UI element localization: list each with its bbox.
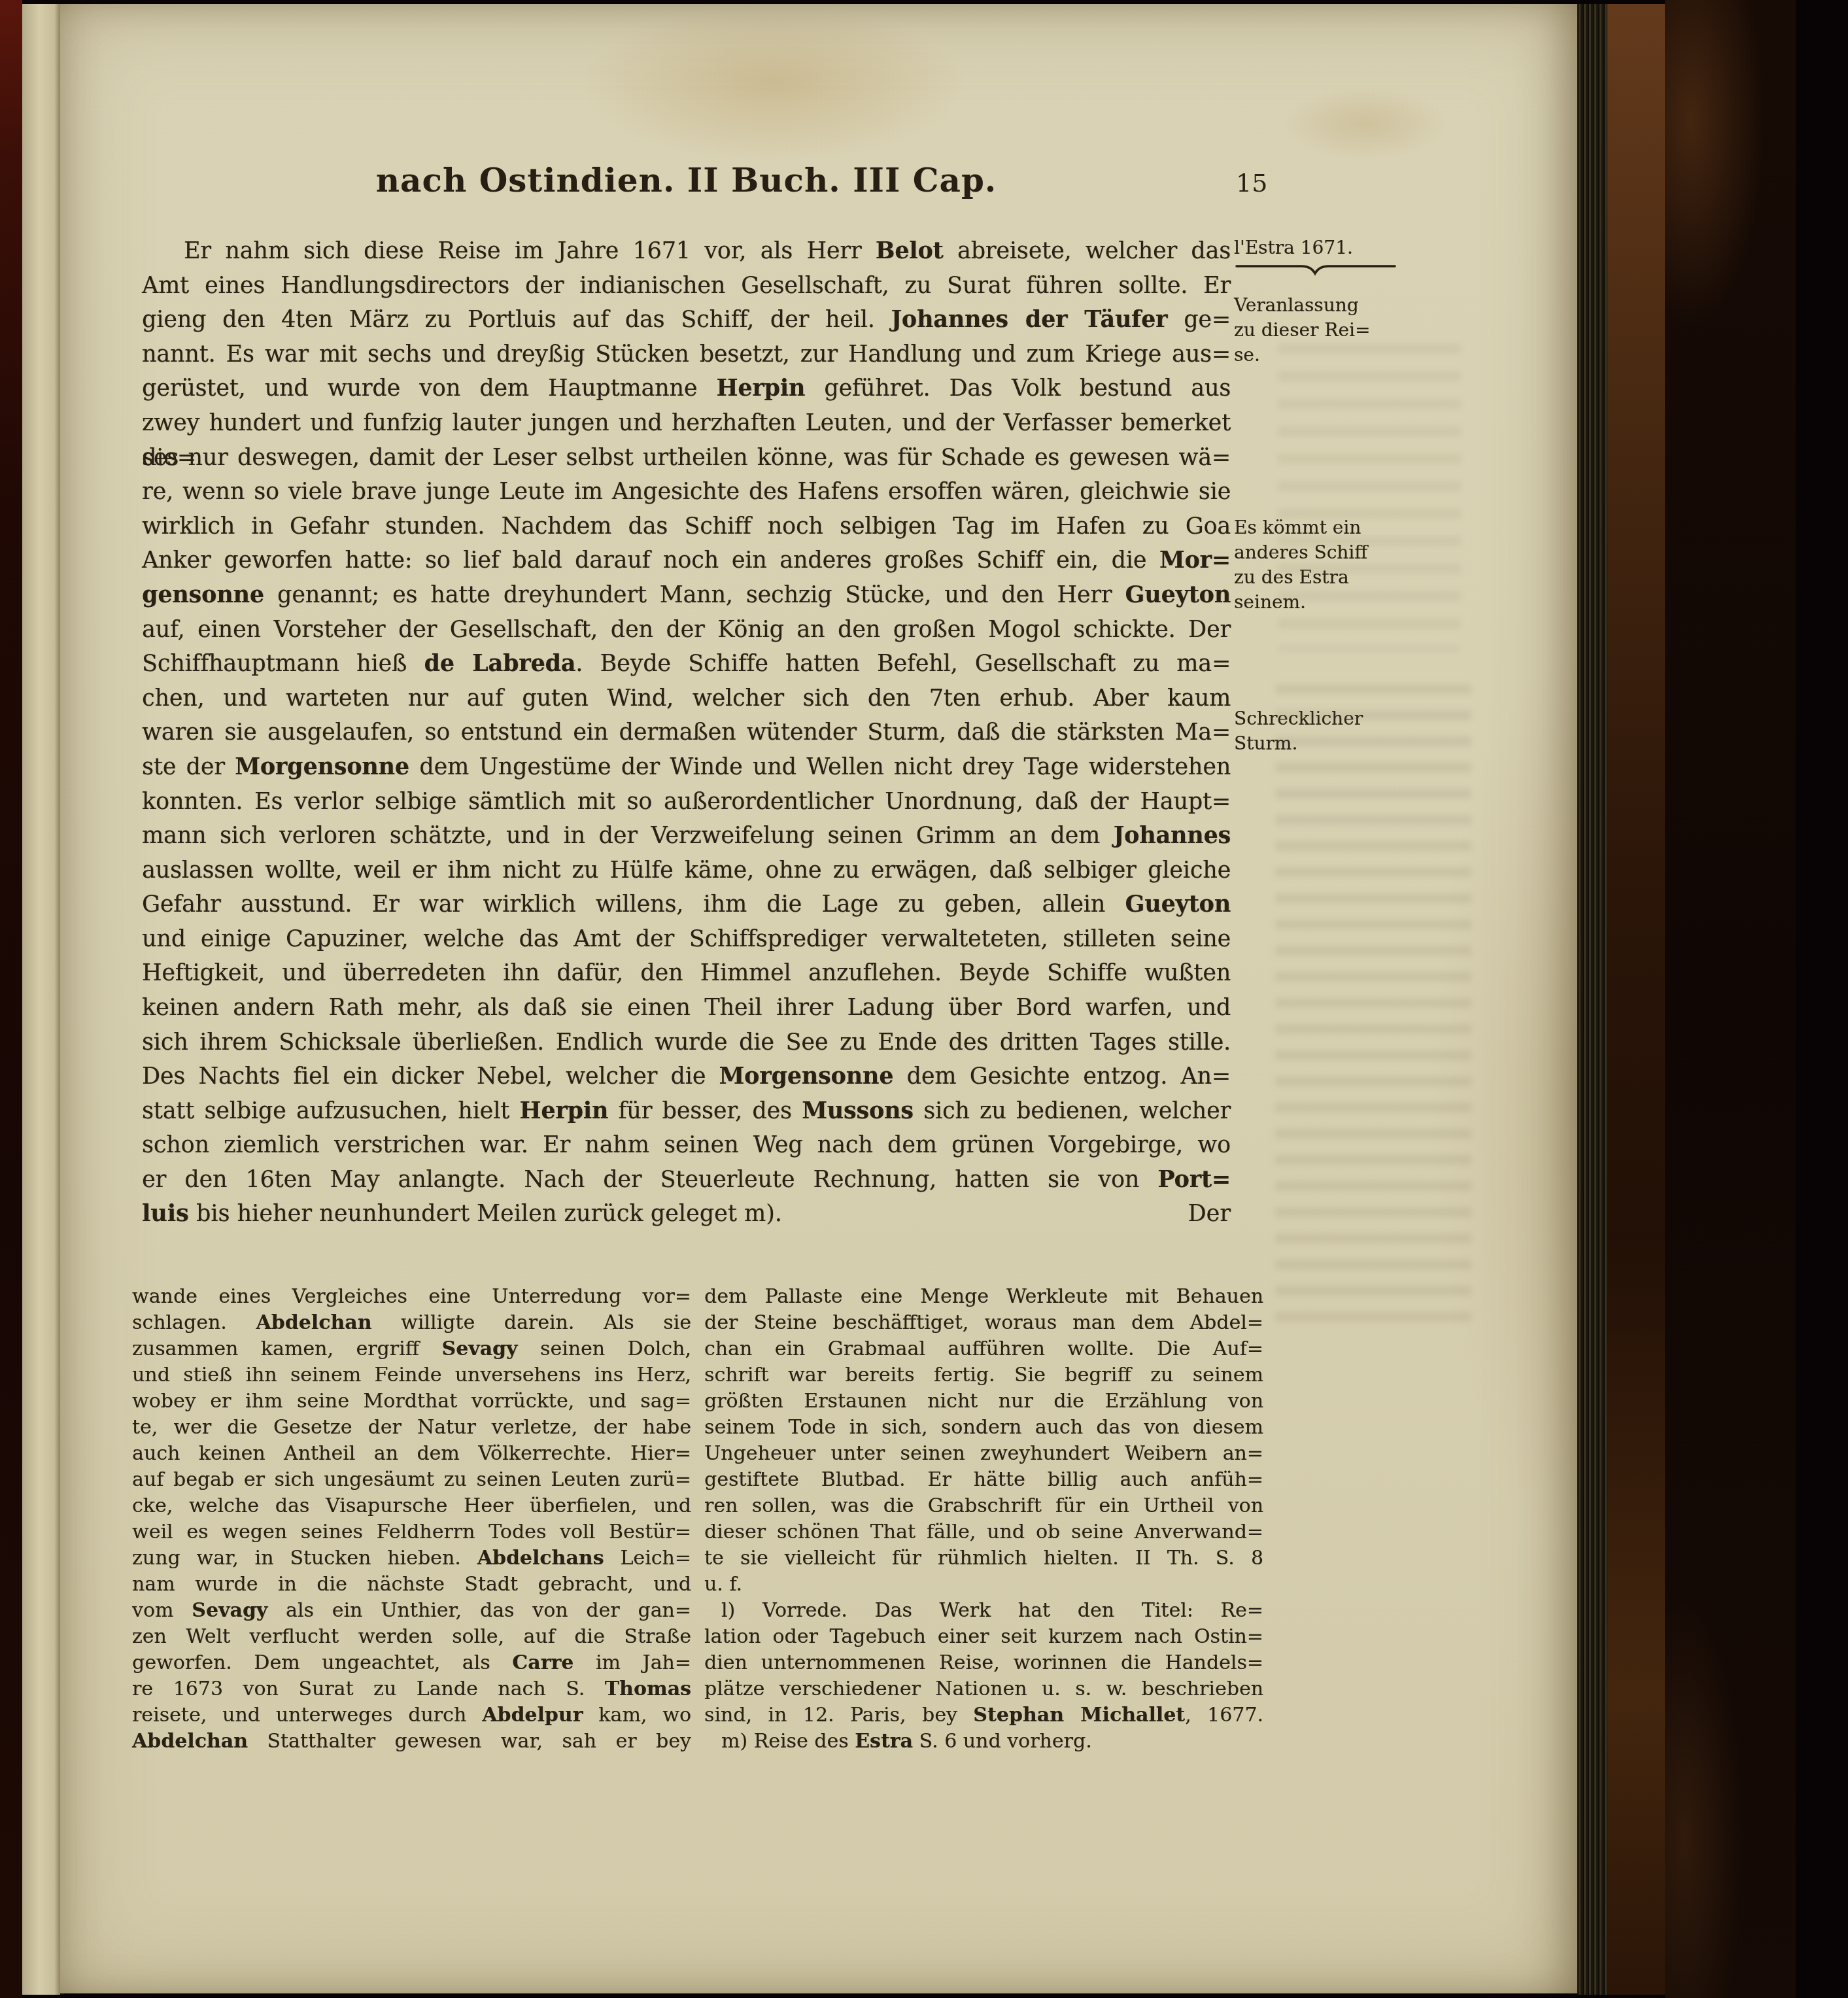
text-line: zu dieser Rei= bbox=[1234, 318, 1430, 343]
text-line: wande eines Vergleiches eine Unterredung… bbox=[132, 1284, 691, 1310]
text-line: Es kömmt ein bbox=[1234, 515, 1430, 540]
text-line: auf begab er sich ungesäumt zu seinen Le… bbox=[132, 1467, 691, 1493]
text-line: Gefahr ausstund. Er war wirklich willens… bbox=[142, 887, 1231, 922]
text-line: gerüstet, und wurde von dem Hauptmanne H… bbox=[142, 371, 1231, 406]
margin-note-source-lines: l'Estra 1671. bbox=[1234, 235, 1430, 260]
text-line: dem Pallaste eine Menge Werkleute mit Be… bbox=[704, 1284, 1263, 1310]
text-line: seinem. bbox=[1234, 590, 1430, 615]
text-line: Des Nachts fiel ein dicker Nebel, welche… bbox=[142, 1059, 1231, 1094]
text-line: schon ziemlich verstrichen war. Er nahm … bbox=[142, 1128, 1231, 1163]
text-line: größten Erstaunen nicht nur die Erzählun… bbox=[704, 1388, 1263, 1415]
text-line: wirklich in Gefahr stunden. Nachdem das … bbox=[142, 509, 1231, 544]
margin-note-source: l'Estra 1671. bbox=[1234, 235, 1430, 277]
text-line: u. f. bbox=[704, 1572, 1263, 1598]
scanned-page: nach Ostindien. II Buch. III Cap. 15 Er … bbox=[60, 4, 1577, 1993]
brace-rule bbox=[1234, 263, 1397, 277]
text-line: lation oder Tagebuch einer seit kurzem n… bbox=[704, 1624, 1263, 1650]
text-line: zung war, in Stucken hieben. Abdelchans … bbox=[132, 1545, 691, 1572]
text-line: gestiftete Blutbad. Er hätte billig auch… bbox=[704, 1467, 1263, 1493]
text-line: Schiffhauptmann hieß de Labreda. Beyde S… bbox=[142, 647, 1231, 681]
text-line: Anker geworfen hatte: so lief bald darau… bbox=[142, 543, 1231, 578]
text-line: seinem Tode in sich, sondern auch das vo… bbox=[704, 1415, 1263, 1441]
margin-note-second-ship: Es kömmt einanderes Schiffzu des Estrase… bbox=[1234, 515, 1430, 615]
text-line: l'Estra 1671. bbox=[1234, 235, 1430, 260]
text-line: der Steine beschäfftiget, woraus man dem… bbox=[704, 1310, 1263, 1336]
text-line: zu des Estra bbox=[1234, 565, 1430, 590]
text-line: plätze verschiedener Nationen u. s. w. b… bbox=[704, 1676, 1263, 1702]
text-line: l) Vorrede. Das Werk hat den Titel: Re= bbox=[704, 1598, 1263, 1624]
text-line: weil es wegen seines Feldherrn Todes vol… bbox=[132, 1519, 691, 1545]
text-line: schlagen. Abdelchan willigte darein. Als… bbox=[132, 1310, 691, 1336]
text-line: zen Welt verflucht werden solle, auf die… bbox=[132, 1624, 691, 1650]
text-line: ren sollen, was die Grabschrift für ein … bbox=[704, 1493, 1263, 1519]
text-line: cke, welche das Visapursche Heer überfie… bbox=[132, 1493, 691, 1519]
text-line: chan ein Grabmaal aufführen wollte. Die … bbox=[704, 1336, 1263, 1362]
page-stack-edge bbox=[1577, 4, 1607, 1995]
text-line: schrift war bereits fertig. Sie begriff … bbox=[704, 1362, 1263, 1388]
text-line: wobey er ihm seine Mordthat vorrückte, u… bbox=[132, 1388, 691, 1415]
text-line: vom Sevagy als ein Unthier, das von der … bbox=[132, 1598, 691, 1624]
body-last-line-text: luis bis hieher neunhundert Meilen zurüc… bbox=[142, 1197, 782, 1232]
text-line: Schrecklicher bbox=[1234, 706, 1430, 731]
running-header: nach Ostindien. II Buch. III Cap. bbox=[142, 161, 1231, 199]
text-line: dieser schönen That fälle, und ob seine … bbox=[704, 1519, 1263, 1545]
text-line: anderes Schiff bbox=[1234, 540, 1430, 565]
body-last-line: luis bis hieher neunhundert Meilen zurüc… bbox=[142, 1197, 1231, 1232]
facing-page-edge bbox=[22, 4, 64, 1995]
text-line: Amt eines Handlungsdirectors der indiani… bbox=[142, 269, 1231, 303]
text-line: te sie vielleicht für rühmlich hielten. … bbox=[704, 1545, 1263, 1572]
text-line: reisete, und unterweges durch Abdelpur k… bbox=[132, 1702, 691, 1729]
footnote-column-right: dem Pallaste eine Menge Werkleute mit Be… bbox=[704, 1284, 1263, 1755]
text-line: Ungeheuer unter seinen zweyhundert Weibe… bbox=[704, 1441, 1263, 1467]
text-line: se. bbox=[1234, 343, 1430, 368]
text-line: dien unternommenen Reise, worinnen die H… bbox=[704, 1650, 1263, 1676]
text-line: Veranlassung bbox=[1234, 293, 1430, 318]
text-line: re 1673 von Surat zu Lande nach S. Thoma… bbox=[132, 1676, 691, 1702]
text-line: ste der Morgensonne dem Ungestüme der Wi… bbox=[142, 750, 1231, 785]
text-line: waren sie ausgelaufen, so entstund ein d… bbox=[142, 715, 1231, 750]
left-spine-edge bbox=[0, 0, 22, 1998]
text-line: te, wer die Gesetze der Natur verletze, … bbox=[132, 1415, 691, 1441]
text-line: chen, und warteten nur auf guten Wind, w… bbox=[142, 681, 1231, 716]
text-line: konnten. Es verlor selbige sämtlich mit … bbox=[142, 785, 1231, 819]
text-line: er den 16ten May anlangte. Nach der Steu… bbox=[142, 1163, 1231, 1197]
text-line: sich ihrem Schicksale überließen. Endlic… bbox=[142, 1025, 1231, 1060]
text-line: und einige Capuziner, welche das Amt der… bbox=[142, 922, 1231, 957]
body-text-block: Er nahm sich diese Reise im Jahre 1671 v… bbox=[142, 234, 1231, 1197]
book-scan: nach Ostindien. II Buch. III Cap. 15 Er … bbox=[0, 0, 1848, 1998]
text-line: und stieß ihn seinem Feinde unversehens … bbox=[132, 1362, 691, 1388]
text-line: m) Reise des Estra S. 6 und vorherg. bbox=[704, 1729, 1263, 1755]
text-line: auslassen wollte, weil er ihm nicht zu H… bbox=[142, 853, 1231, 888]
text-line: zwey hundert und funfzig lauter jungen u… bbox=[142, 406, 1231, 441]
text-line: gensonne genannt; es hatte dreyhundert M… bbox=[142, 578, 1231, 613]
catchword: Der bbox=[1188, 1197, 1231, 1232]
text-line: mann sich verloren schätzte, und in der … bbox=[142, 819, 1231, 853]
leather-fore-edge bbox=[1607, 4, 1665, 1995]
footnote-column-left: wande eines Vergleiches eine Unterredung… bbox=[132, 1284, 691, 1755]
margin-note-storm: SchrecklicherSturm. bbox=[1234, 706, 1430, 756]
text-line: nam wurde in die nächste Stadt gebracht,… bbox=[132, 1572, 691, 1598]
text-line: statt selbige aufzusuchen, hielt Herpin … bbox=[142, 1094, 1231, 1129]
bleedthrough-ghost-text bbox=[1275, 684, 1471, 1338]
text-line: ses nur deswegen, damit der Leser selbst… bbox=[142, 441, 1231, 475]
text-line: keinen andern Rath mehr, als daß sie ein… bbox=[142, 991, 1231, 1025]
text-line: nannt. Es war mit sechs und dreyßig Stüc… bbox=[142, 337, 1231, 372]
text-line: Abdelchan Statthalter gewesen war, sah e… bbox=[132, 1729, 691, 1755]
page-number: 15 bbox=[1236, 169, 1267, 198]
text-line: auf, einen Vorsteher der Gesellschaft, d… bbox=[142, 613, 1231, 647]
text-line: Heftigkeit, und überredeten ihn dafür, d… bbox=[142, 956, 1231, 991]
text-line: geworfen. Dem ungeachtet, als Carre im J… bbox=[132, 1650, 691, 1676]
text-line: re, wenn so viele brave junge Leute im A… bbox=[142, 475, 1231, 509]
text-line: Sturm. bbox=[1234, 731, 1430, 756]
margin-note-occasion: Veranlassungzu dieser Rei=se. bbox=[1234, 293, 1430, 368]
text-line: zusammen kamen, ergriff Sevagy seinen Do… bbox=[132, 1336, 691, 1362]
book-cover-edge bbox=[1665, 0, 1796, 1998]
text-line: Er nahm sich diese Reise im Jahre 1671 v… bbox=[142, 234, 1231, 269]
text-line: gieng den 4ten März zu Portluis auf das … bbox=[142, 303, 1231, 337]
text-line: sind, in 12. Paris, bey Stephan Michalle… bbox=[704, 1702, 1263, 1729]
text-line: auch keinen Antheil an dem Völkerrechte.… bbox=[132, 1441, 691, 1467]
